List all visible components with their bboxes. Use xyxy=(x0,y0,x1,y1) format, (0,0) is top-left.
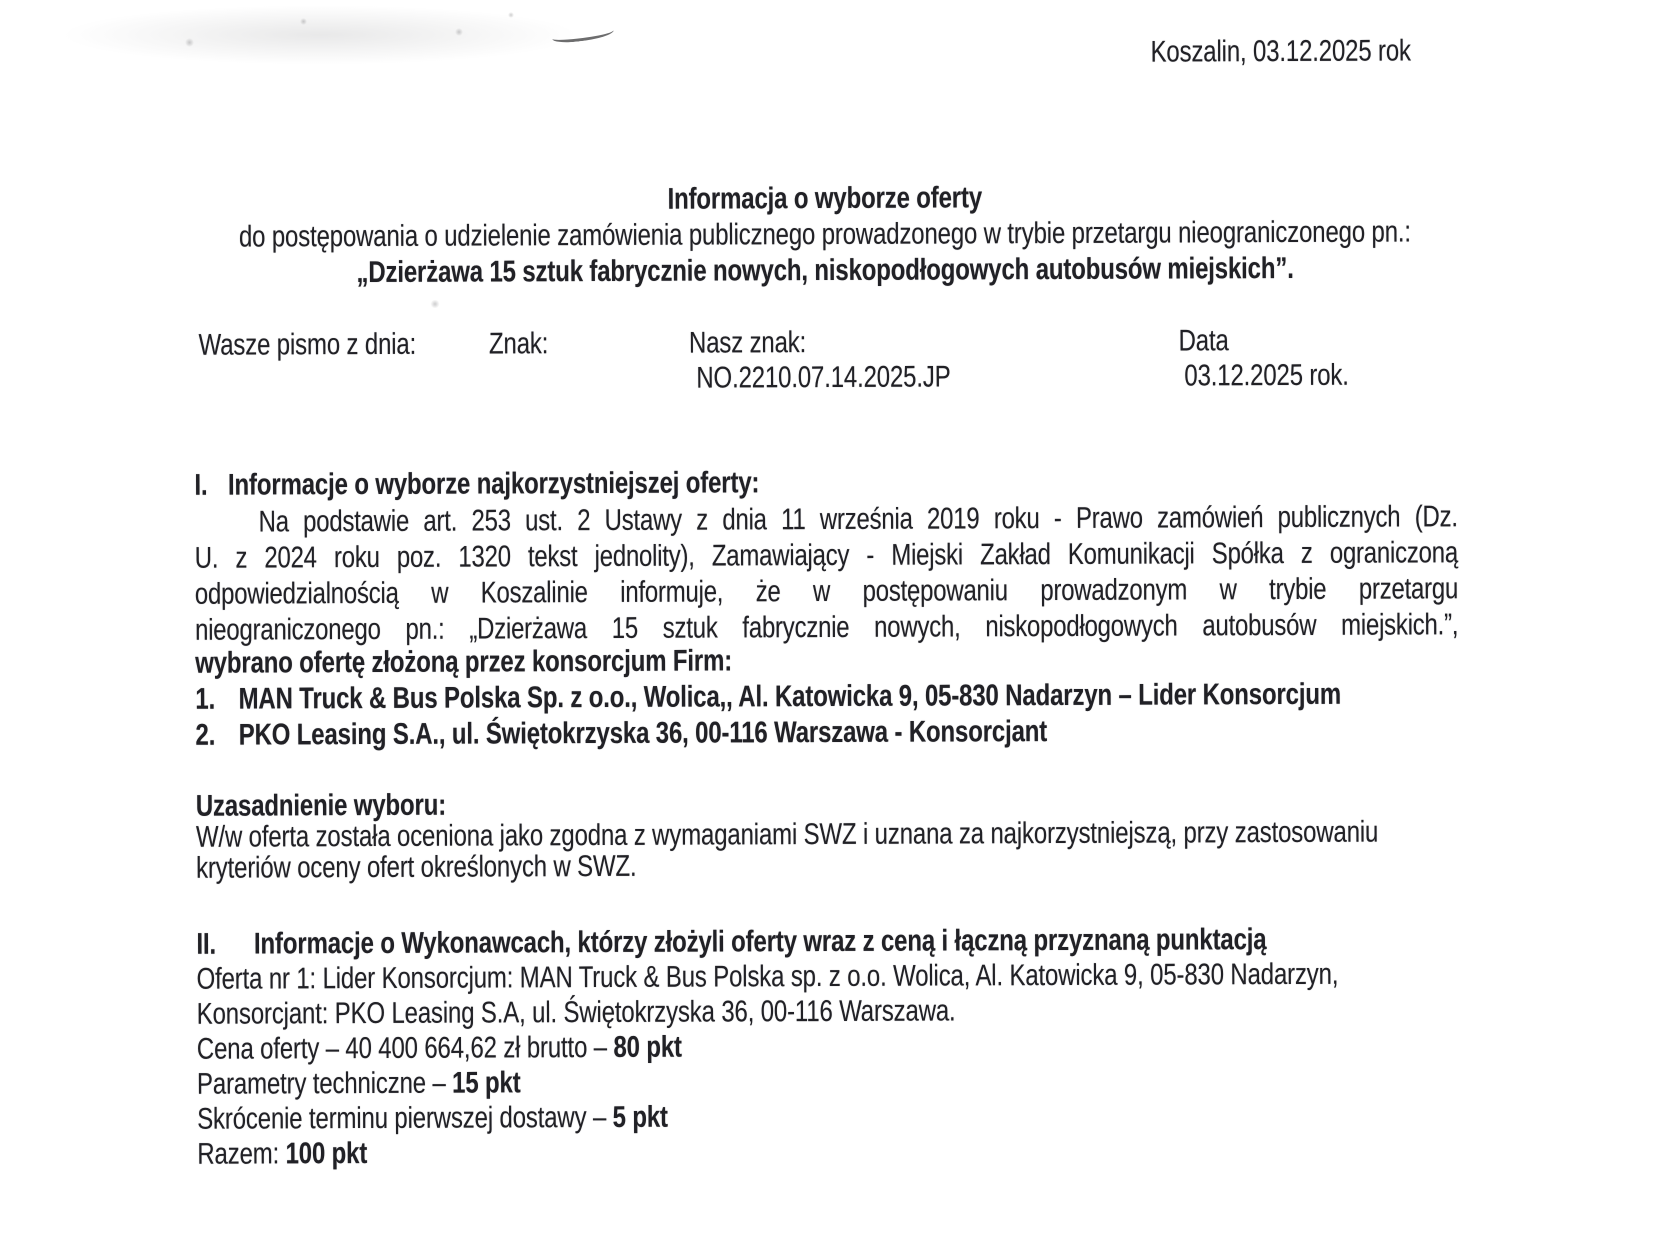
winner-number: 1. xyxy=(195,682,238,718)
scanned-letter-page: Koszalin, 03.12.2025 rok Informacja o wy… xyxy=(0,0,1654,1240)
section2-number: II. xyxy=(196,927,254,962)
winner-item: 2.PKO Leasing S.A., ul. Świętokrzyska 36… xyxy=(195,713,1341,754)
our-sign-value: NO.2210.07.14.2025.JP xyxy=(696,359,950,395)
section2-heading: II.Informacje o Wykonawcach, którzy złoż… xyxy=(196,922,1338,962)
page-subtitle: do postępowania o udzielenie zamówienia … xyxy=(193,214,1456,256)
score-label: Skrócenie terminu pierwszej dostawy – xyxy=(197,1101,613,1136)
score-line: Parametry techniczne – 15 pkt xyxy=(197,1062,1339,1102)
page-title: Informacja o wyborze oferty xyxy=(193,178,1456,220)
section1-paragraph: Na podstawie art. 253 ust. 2 Ustawy z dn… xyxy=(194,499,1458,649)
score-label: Cena oferty – 40 400 664,62 zł brutto – xyxy=(197,1031,614,1066)
date-label: Data xyxy=(1179,323,1229,358)
justification-block: Uzasadnienie wyboru: W/w oferta została … xyxy=(196,786,1379,884)
winner-text: MAN Truck & Bus Polska Sp. z o.o., Wolic… xyxy=(238,678,1341,716)
section1-heading: I.Informacje o wyborze najkorzystniejsze… xyxy=(194,465,759,503)
winner-item: 1.MAN Truck & Bus Polska Sp. z o.o., Wol… xyxy=(195,677,1341,718)
procurement-subject: „Dzierżawa 15 sztuk fabrycznie nowych, n… xyxy=(193,250,1456,292)
score-label: Razem: xyxy=(197,1137,285,1170)
offer-line: Konsorcjant: PKO Leasing S.A, ul. Święto… xyxy=(197,992,1339,1032)
selection-lead: wybrano ofertę złożoną przez konsorcjum … xyxy=(195,641,1341,682)
score-line: Skrócenie terminu pierwszej dostawy – 5 … xyxy=(197,1097,1339,1137)
score-line: Razem: 100 pkt xyxy=(197,1132,1339,1172)
score-value: 80 pkt xyxy=(613,1031,682,1064)
score-value: 100 pkt xyxy=(285,1137,367,1170)
sign-label: Znak: xyxy=(489,326,548,361)
letter-content: Koszalin, 03.12.2025 rok Informacja o wy… xyxy=(0,0,1654,1240)
winners-block: wybrano ofertę złożoną przez konsorcjum … xyxy=(195,641,1341,754)
our-sign-label: Nasz znak: xyxy=(689,325,806,361)
paragraph-line: U. z 2024 roku poz. 1320 tekst jednolity… xyxy=(195,535,1458,577)
letter-header: Informacja o wyborze oferty do postępowa… xyxy=(193,178,1457,292)
score-value: 15 pkt xyxy=(452,1066,521,1099)
winner-text: PKO Leasing S.A., ul. Świętokrzyska 36, … xyxy=(239,715,1048,752)
score-label: Parametry techniczne – xyxy=(197,1067,452,1101)
winner-number: 2. xyxy=(195,718,238,754)
your-letter-label: Wasze pismo z dnia: xyxy=(199,327,417,363)
justification-line: W/w oferta została oceniona jako zgodna … xyxy=(196,817,1378,853)
section1-number: I. xyxy=(194,468,228,504)
paragraph-line: odpowiedzialnością w Koszalinie informuj… xyxy=(195,571,1458,613)
justification-line: kryteriów oceny ofert określonych w SWZ. xyxy=(196,848,1378,884)
score-line: Cena oferty – 40 400 664,62 zł brutto – … xyxy=(197,1027,1339,1067)
offer-line: Oferta nr 1: Lider Konsorcjum: MAN Truck… xyxy=(196,957,1338,997)
section2-block: II.Informacje o Wykonawcach, którzy złoż… xyxy=(196,922,1339,1172)
dateline: Koszalin, 03.12.2025 rok xyxy=(1150,33,1410,70)
reference-row: Wasze pismo z dnia: Znak: Nasz znak: Dat… xyxy=(194,322,1458,418)
score-value: 5 pkt xyxy=(613,1101,668,1134)
section2-heading-text: Informacje o Wykonawcach, którzy złożyli… xyxy=(254,923,1267,960)
paragraph-line: Na podstawie art. 253 ust. 2 Ustawy z dn… xyxy=(194,499,1457,541)
section1-heading-text: Informacje o wyborze najkorzystniejszej … xyxy=(228,466,759,501)
date-value: 03.12.2025 rok. xyxy=(1184,358,1349,394)
